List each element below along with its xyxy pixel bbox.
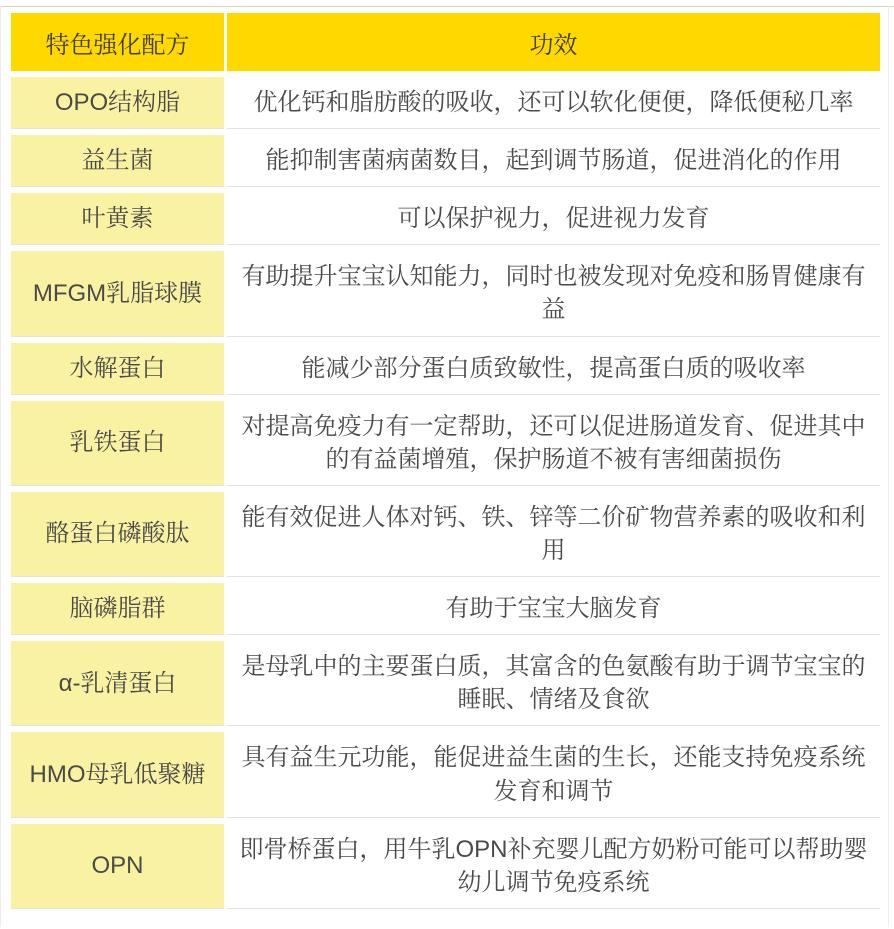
table-row: 乳铁蛋白 对提高免疫力有一定帮助，还可以促进肠道发育、促进其中的有益菌增殖，保护… bbox=[11, 401, 880, 486]
formula-name-cell: 乳铁蛋白 bbox=[11, 401, 224, 486]
table-row: OPO结构脂 优化钙和脂肪酸的吸收，还可以软化便便，降低便秘几率 bbox=[11, 77, 880, 129]
formula-name-cell: 酪蛋白磷酸肽 bbox=[11, 492, 224, 577]
effect-cell: 优化钙和脂肪酸的吸收，还可以软化便便，降低便秘几率 bbox=[227, 77, 880, 129]
article-page: 特色强化配方 功效 OPO结构脂 优化钙和脂肪酸的吸收，还可以软化便便，降低便秘… bbox=[0, 6, 894, 929]
formula-name-cell: 水解蛋白 bbox=[11, 343, 224, 395]
page-left-edge bbox=[0, 6, 1, 927]
table-header-row: 特色强化配方 功效 bbox=[11, 13, 880, 71]
formula-name-cell: 脑磷脂群 bbox=[11, 583, 224, 635]
formula-name-cell: α-乳清蛋白 bbox=[11, 641, 224, 726]
effect-cell: 能有效促进人体对钙、铁、锌等二价矿物营养素的吸收和利用 bbox=[227, 492, 880, 577]
table-row: HMO母乳低聚糖 具有益生元功能，能促进益生菌的生长，还能支持免疫系统发育和调节 bbox=[11, 732, 880, 817]
effect-cell: 即骨桥蛋白，用牛乳OPN补充婴儿配方奶粉可能可以帮助婴幼儿调节免疫系统 bbox=[227, 824, 880, 909]
effect-cell: 对提高免疫力有一定帮助，还可以促进肠道发育、促进其中的有益菌增殖，保护肠道不被有… bbox=[227, 401, 880, 486]
formula-name-cell: HMO母乳低聚糖 bbox=[11, 732, 224, 817]
effect-cell: 有助提升宝宝认知能力，同时也被发现对免疫和肠胃健康有益 bbox=[227, 251, 880, 336]
table-row: OPN 即骨桥蛋白，用牛乳OPN补充婴儿配方奶粉可能可以帮助婴幼儿调节免疫系统 bbox=[11, 824, 880, 909]
table-row: 酪蛋白磷酸肽 能有效促进人体对钙、铁、锌等二价矿物营养素的吸收和利用 bbox=[11, 492, 880, 577]
effect-cell: 可以保护视力，促进视力发育 bbox=[227, 193, 880, 245]
table-row: MFGM乳脂球膜 有助提升宝宝认知能力，同时也被发现对免疫和肠胃健康有益 bbox=[11, 251, 880, 336]
formula-name-cell: MFGM乳脂球膜 bbox=[11, 251, 224, 336]
table-body: OPO结构脂 优化钙和脂肪酸的吸收，还可以软化便便，降低便秘几率 益生菌 能抑制… bbox=[11, 77, 880, 909]
effect-cell: 是母乳中的主要蛋白质，其富含的色氨酸有助于调节宝宝的睡眠、情绪及食欲 bbox=[227, 641, 880, 726]
column-header-effect: 功效 bbox=[227, 13, 880, 71]
effect-cell: 有助于宝宝大脑发育 bbox=[227, 583, 880, 635]
column-header-formula: 特色强化配方 bbox=[11, 13, 224, 71]
effect-cell: 能减少部分蛋白质致敏性，提高蛋白质的吸收率 bbox=[227, 343, 880, 395]
formula-name-cell: OPO结构脂 bbox=[11, 77, 224, 129]
page-right-edge bbox=[888, 6, 889, 927]
table-row: 水解蛋白 能减少部分蛋白质致敏性，提高蛋白质的吸收率 bbox=[11, 343, 880, 395]
formula-benefits-table: 特色强化配方 功效 OPO结构脂 优化钙和脂肪酸的吸收，还可以软化便便，降低便秘… bbox=[8, 7, 883, 915]
formula-name-cell: 益生菌 bbox=[11, 135, 224, 187]
table-row: 叶黄素 可以保护视力，促进视力发育 bbox=[11, 193, 880, 245]
table-row: 脑磷脂群 有助于宝宝大脑发育 bbox=[11, 583, 880, 635]
formula-name-cell: OPN bbox=[11, 824, 224, 909]
formula-name-cell: 叶黄素 bbox=[11, 193, 224, 245]
effect-cell: 能抑制害菌病菌数目，起到调节肠道，促进消化的作用 bbox=[227, 135, 880, 187]
table-row: 益生菌 能抑制害菌病菌数目，起到调节肠道，促进消化的作用 bbox=[11, 135, 880, 187]
table-row: α-乳清蛋白 是母乳中的主要蛋白质，其富含的色氨酸有助于调节宝宝的睡眠、情绪及食… bbox=[11, 641, 880, 726]
effect-cell: 具有益生元功能，能促进益生菌的生长，还能支持免疫系统发育和调节 bbox=[227, 732, 880, 817]
